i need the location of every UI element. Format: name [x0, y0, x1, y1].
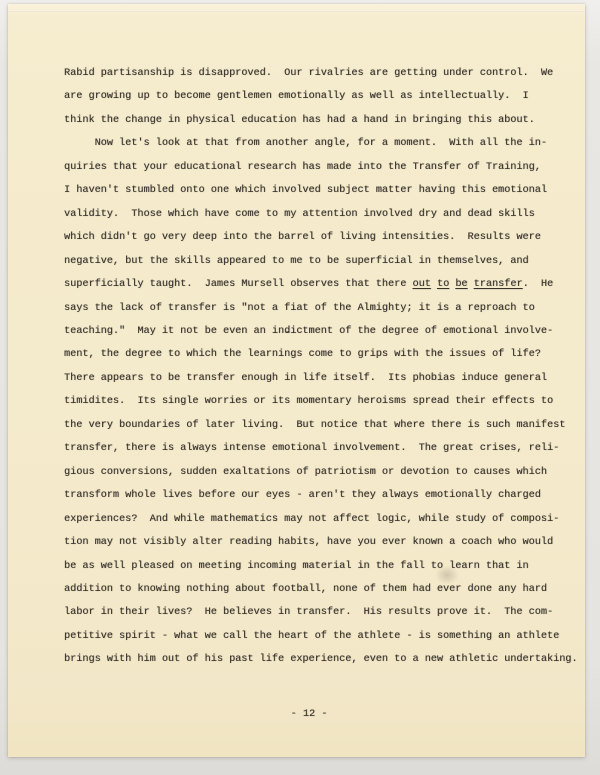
text-line: transform whole lives before our eyes - … [64, 484, 564, 507]
text-line: think the change in physical education h… [64, 109, 564, 132]
text-line: addition to knowing nothing about footba… [64, 578, 564, 601]
scan-background: Rabid partisanship is disapproved. Our r… [0, 0, 600, 775]
text-line: which didn't go very deep into the barre… [64, 226, 564, 249]
text-line: teaching." May it not be even an indictm… [64, 320, 564, 343]
text-line: be as well pleased on meeting incoming m… [64, 555, 564, 578]
text-line: transfer, there is always intense emotio… [64, 437, 564, 460]
text-line: labor in their lives? He believes in tra… [64, 601, 564, 624]
text-line: gious conversions, sudden exaltations of… [64, 461, 564, 484]
text-line: ment, the degree to which the learnings … [64, 343, 564, 366]
text-line: Now let's look at that from another angl… [64, 132, 564, 155]
document-page: Rabid partisanship is disapproved. Our r… [8, 4, 585, 757]
text-line: superficially taught. James Mursell obse… [64, 273, 564, 296]
text-line: experiences? And while mathematics may n… [64, 508, 564, 531]
page-number: - 12 - [64, 703, 554, 726]
text-line: I haven't stumbled onto one which involv… [64, 179, 564, 202]
text-line: Rabid partisanship is disapproved. Our r… [64, 62, 564, 85]
text-block: Rabid partisanship is disapproved. Our r… [64, 62, 564, 672]
text-line: petitive spirit - what we call the heart… [64, 625, 564, 648]
text-line: the very boundaries of later living. But… [64, 414, 564, 437]
text-line: brings with him out of his past life exp… [64, 648, 564, 671]
text-line: quiries that your educational research h… [64, 156, 564, 179]
text-line: validity. Those which have come to my at… [64, 203, 564, 226]
text-line: timidites. Its single worries or its mom… [64, 390, 564, 413]
text-line: negative, but the skills appeared to me … [64, 250, 564, 273]
text-line: tion may not visibly alter reading habit… [64, 531, 564, 554]
text-line: says the lack of transfer is "not a fiat… [64, 297, 564, 320]
text-line: There appears to be transfer enough in l… [64, 367, 564, 390]
text-line: are growing up to become gentlemen emoti… [64, 85, 564, 108]
